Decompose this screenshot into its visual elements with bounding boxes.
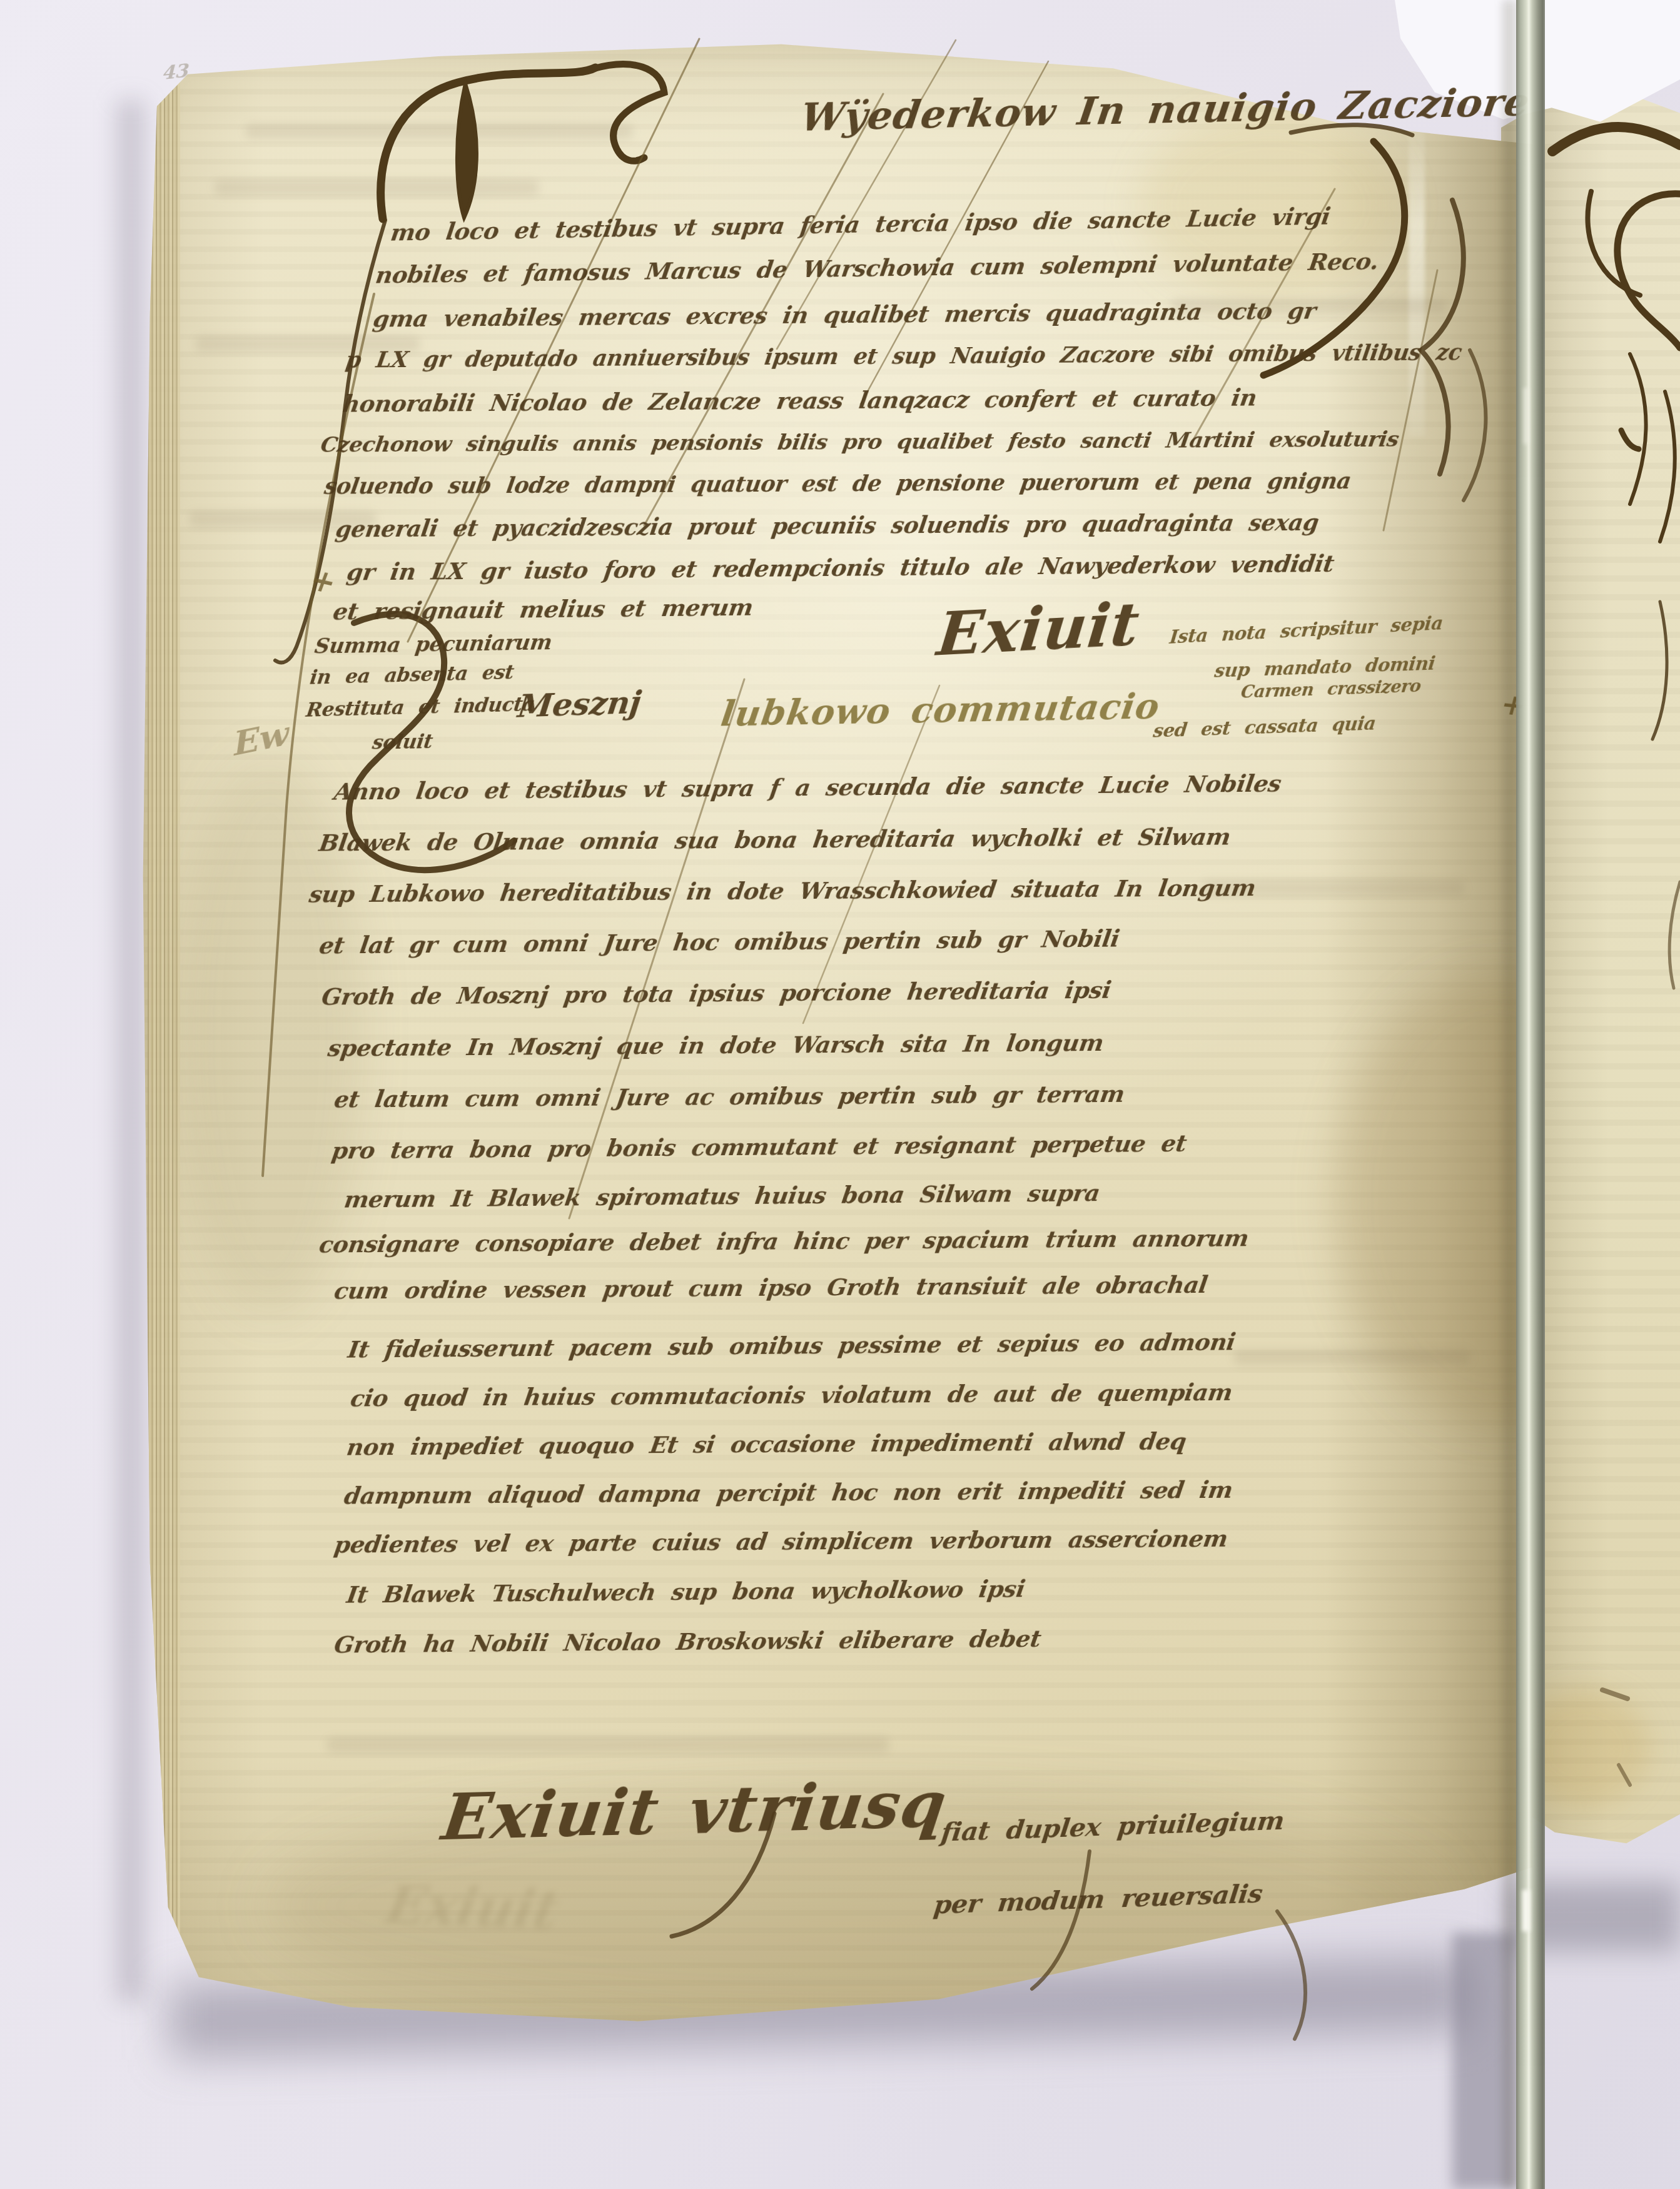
book-cradle-rod [1516, 0, 1545, 2189]
rod-shadow [1502, 0, 1516, 2189]
showthrough-text [189, 512, 377, 527]
showthrough-text [1202, 881, 1465, 896]
showthrough-text [1233, 1350, 1471, 1365]
showthrough-text [326, 1737, 889, 1752]
showthrough-text [1171, 299, 1446, 314]
showthrough-text [195, 336, 420, 351]
gutter-sheen [1409, 111, 1425, 437]
parchment-stain [1140, 111, 1402, 299]
page-left-shadow [118, 100, 144, 2001]
showthrough-text [245, 124, 633, 139]
photo-backdrop: { "theme": { "backdrop": "#e8e4ed", "bac… [0, 0, 1680, 2189]
page-block-edges [148, 80, 180, 2019]
parchment-stain [176, 756, 364, 1318]
manuscript-page [139, 36, 1532, 2035]
rod-glint [1522, 1890, 1530, 1931]
showthrough-text [214, 180, 539, 195]
rod-glint [1524, 388, 1529, 444]
